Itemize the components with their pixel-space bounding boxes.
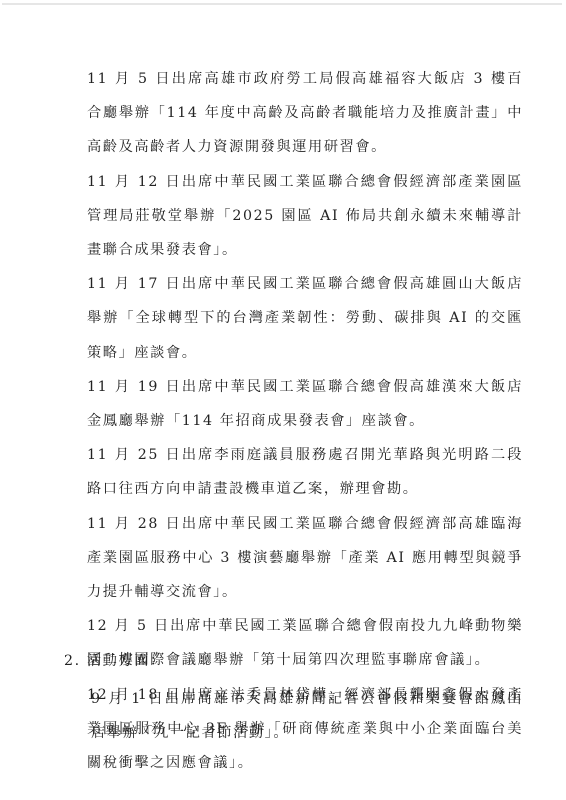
- activity-entry: 9 月 1 日出席高雄市大高雄新聞記者公會假和樂宴會館鳳山店舉辦「九一記者節活動…: [91, 682, 523, 750]
- meeting-entry: 11 月 28 日出席中華民國工業區聯合總會假經濟部高雄臨海產業園區服務中心 3…: [87, 507, 523, 610]
- meeting-entry: 11 月 17 日出席中華民國工業區聯合總會假高雄圓山大飯店舉辦「全球轉型下的台…: [87, 267, 523, 370]
- page-top-border: [2, 3, 562, 5]
- section-heading-activities: 2. 活動方面：: [64, 646, 166, 676]
- document-page: 11 月 5 日出席高雄市政府勞工局假高雄福容大飯店 3 樓百合廳舉辦「114 …: [0, 0, 566, 800]
- activity-list: 9 月 1 日出席高雄市大高雄新聞記者公會假和樂宴會館鳳山店舉辦「九一記者節活動…: [91, 682, 523, 750]
- meeting-entry: 11 月 19 日出席中華民國工業區聯合總會假高雄漢來大飯店金鳳廳舉辦「114 …: [87, 370, 523, 438]
- meeting-entry: 11 月 12 日出席中華民國工業區聯合總會假經濟部產業園區管理局莊敬堂舉辦「2…: [87, 165, 523, 268]
- meeting-entry: 11 月 25 日出席李雨庭議員服務處召開光華路與光明路二段路口往西方向申請畫設…: [87, 438, 523, 506]
- meeting-entry: 11 月 5 日出席高雄市政府勞工局假高雄福容大飯店 3 樓百合廳舉辦「114 …: [87, 62, 523, 165]
